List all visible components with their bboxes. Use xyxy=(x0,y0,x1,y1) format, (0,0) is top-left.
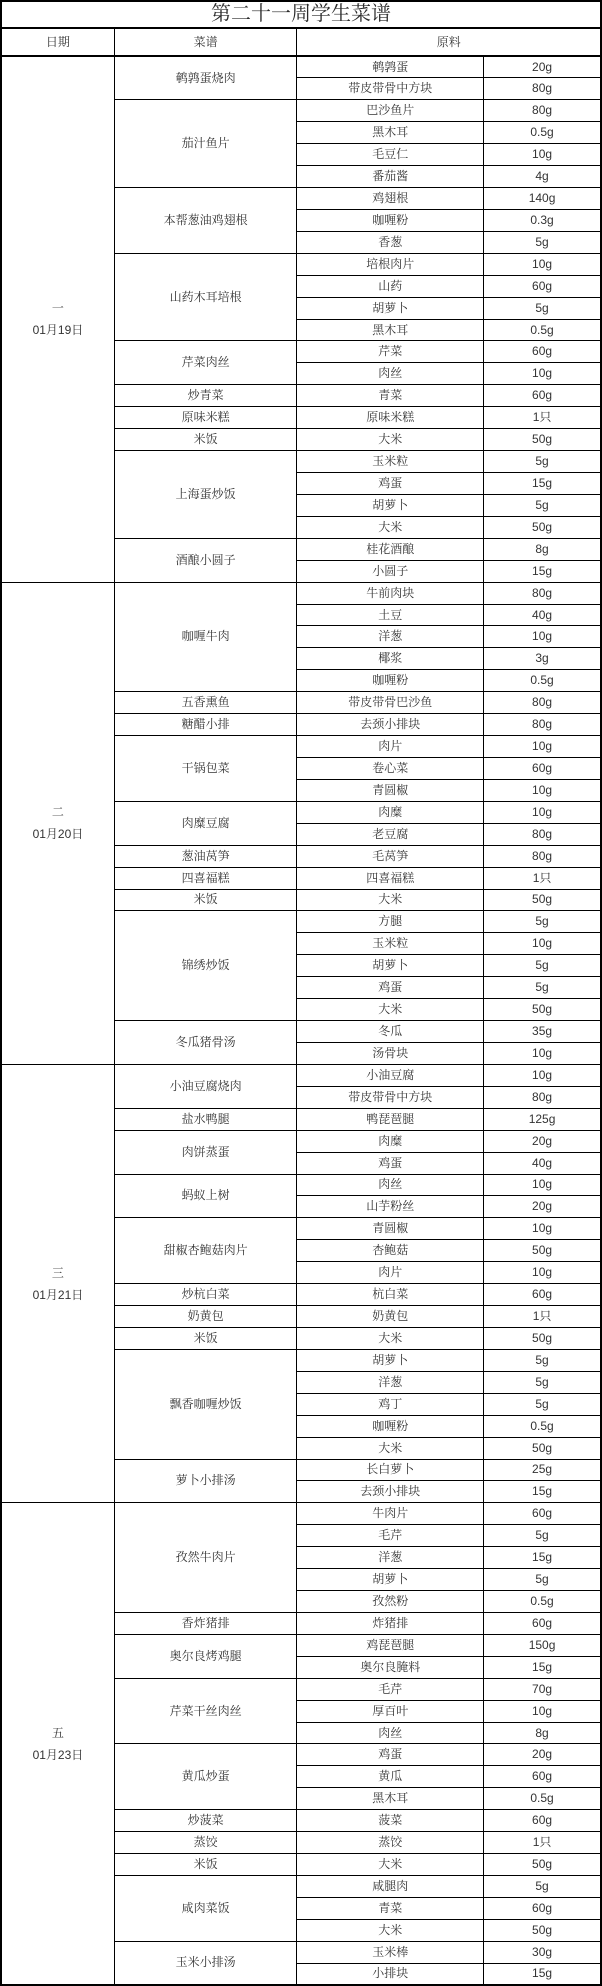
date-cell: 五01月23日 xyxy=(1,1503,114,1985)
ingredient-amount-cell: 1只 xyxy=(484,1832,601,1854)
ingredient-name-cell: 鹌鹑蛋 xyxy=(297,56,484,78)
ingredient-amount-cell: 60g xyxy=(484,275,601,297)
dish-name-cell: 上海蛋炒饭 xyxy=(114,451,297,539)
ingredient-name-cell: 大米 xyxy=(297,999,484,1021)
dish-name-cell: 香炸猪排 xyxy=(114,1612,297,1634)
ingredient-name-cell: 黄瓜 xyxy=(297,1766,484,1788)
ingredient-amount-cell: 5g xyxy=(484,911,601,933)
ingredient-amount-cell: 5g xyxy=(484,1876,601,1898)
ingredient-amount-cell: 40g xyxy=(484,604,601,626)
ingredient-amount-cell: 15g xyxy=(484,560,601,582)
ingredient-amount-cell: 10g xyxy=(484,363,601,385)
ingredient-name-cell: 大米 xyxy=(297,1327,484,1349)
ingredient-name-cell: 山药 xyxy=(297,275,484,297)
dish-name-cell: 本帮葱油鸡翅根 xyxy=(114,188,297,254)
ingredient-name-cell: 蒸饺 xyxy=(297,1832,484,1854)
dish-name-cell: 鹌鹑蛋烧肉 xyxy=(114,56,297,100)
ingredient-name-cell: 胡萝卜 xyxy=(297,1569,484,1591)
ingredient-amount-cell: 35g xyxy=(484,1021,601,1043)
ingredient-name-cell: 培根肉片 xyxy=(297,253,484,275)
ingredient-name-cell: 胡萝卜 xyxy=(297,494,484,516)
ingredient-name-cell: 青圆椒 xyxy=(297,779,484,801)
ingredient-amount-cell: 60g xyxy=(484,1897,601,1919)
ingredient-amount-cell: 140g xyxy=(484,188,601,210)
ingredient-amount-cell: 150g xyxy=(484,1634,601,1656)
ingredient-amount-cell: 15g xyxy=(484,1963,601,1985)
ingredient-name-cell: 洋葱 xyxy=(297,626,484,648)
ingredient-name-cell: 方腿 xyxy=(297,911,484,933)
ingredient-amount-cell: 80g xyxy=(484,100,601,122)
dish-name-cell: 玉米小排汤 xyxy=(114,1941,297,1985)
ingredient-name-cell: 冬瓜 xyxy=(297,1021,484,1043)
ingredient-amount-cell: 15g xyxy=(484,1547,601,1569)
ingredient-name-cell: 肉糜 xyxy=(297,1130,484,1152)
ingredient-amount-cell: 5g xyxy=(484,1525,601,1547)
ingredient-name-cell: 芹菜 xyxy=(297,341,484,363)
ingredient-amount-cell: 80g xyxy=(484,78,601,100)
dish-name-cell: 萝卜小排汤 xyxy=(114,1459,297,1503)
weekday-label: 一 xyxy=(2,297,114,319)
ingredient-name-cell: 洋葱 xyxy=(297,1547,484,1569)
ingredient-name-cell: 肉丝 xyxy=(297,363,484,385)
date-label: 01月21日 xyxy=(2,1284,114,1306)
ingredient-amount-cell: 3g xyxy=(484,648,601,670)
ingredient-amount-cell: 10g xyxy=(484,253,601,275)
ingredient-name-cell: 鸡蛋 xyxy=(297,473,484,495)
col-header-ingredient: 原料 xyxy=(297,28,601,56)
dish-name-cell: 糖醋小排 xyxy=(114,714,297,736)
ingredient-amount-cell: 0.5g xyxy=(484,670,601,692)
ingredient-name-cell: 原味米糕 xyxy=(297,407,484,429)
ingredient-amount-cell: 10g xyxy=(484,1218,601,1240)
ingredient-amount-cell: 5g xyxy=(484,494,601,516)
ingredient-amount-cell: 0.5g xyxy=(484,122,601,144)
ingredient-name-cell: 大米 xyxy=(297,889,484,911)
ingredient-amount-cell: 0.5g xyxy=(484,319,601,341)
ingredient-name-cell: 牛前肉块 xyxy=(297,582,484,604)
column-header-row: 日期 菜谱 原料 xyxy=(1,28,601,56)
ingredient-amount-cell: 60g xyxy=(484,1810,601,1832)
ingredient-amount-cell: 60g xyxy=(484,1766,601,1788)
dish-name-cell: 孜然牛肉片 xyxy=(114,1503,297,1613)
ingredient-amount-cell: 15g xyxy=(484,1481,601,1503)
ingredient-name-cell: 鸡琵琶腿 xyxy=(297,1634,484,1656)
ingredient-amount-cell: 5g xyxy=(484,231,601,253)
ingredient-name-cell: 卷心菜 xyxy=(297,758,484,780)
dish-name-cell: 冬瓜猪骨汤 xyxy=(114,1021,297,1065)
ingredient-name-cell: 长白萝卜 xyxy=(297,1459,484,1481)
ingredient-row: 三01月21日小油豆腐烧肉小油豆腐10g xyxy=(1,1064,601,1086)
ingredient-amount-cell: 10g xyxy=(484,736,601,758)
ingredient-name-cell: 毛莴笋 xyxy=(297,845,484,867)
ingredient-name-cell: 肉片 xyxy=(297,1262,484,1284)
dish-name-cell: 蚂蚁上树 xyxy=(114,1174,297,1218)
ingredient-name-cell: 咸腿肉 xyxy=(297,1876,484,1898)
ingredient-amount-cell: 1只 xyxy=(484,1306,601,1328)
ingredient-name-cell: 大米 xyxy=(297,516,484,538)
ingredient-name-cell: 胡萝卜 xyxy=(297,1349,484,1371)
ingredient-amount-cell: 4g xyxy=(484,166,601,188)
ingredient-amount-cell: 5g xyxy=(484,1569,601,1591)
ingredient-amount-cell: 0.5g xyxy=(484,1415,601,1437)
dish-name-cell: 原味米糕 xyxy=(114,407,297,429)
ingredient-name-cell: 鸡丁 xyxy=(297,1393,484,1415)
menu-body: 一01月19日鹌鹑蛋烧肉鹌鹑蛋20g带皮带骨中方块80g茄汁鱼片巴沙鱼片80g黑… xyxy=(1,56,601,1985)
ingredient-amount-cell: 70g xyxy=(484,1678,601,1700)
dish-name-cell: 山药木耳培根 xyxy=(114,253,297,341)
dish-name-cell: 炒杭白菜 xyxy=(114,1284,297,1306)
dish-name-cell: 葱油莴笋 xyxy=(114,845,297,867)
ingredient-name-cell: 孜然粉 xyxy=(297,1591,484,1613)
ingredient-amount-cell: 50g xyxy=(484,1854,601,1876)
ingredient-amount-cell: 50g xyxy=(484,429,601,451)
ingredient-name-cell: 厚百叶 xyxy=(297,1700,484,1722)
ingredient-name-cell: 鸡蛋 xyxy=(297,1152,484,1174)
dish-name-cell: 肉糜豆腐 xyxy=(114,801,297,845)
ingredient-amount-cell: 80g xyxy=(484,845,601,867)
ingredient-name-cell: 肉丝 xyxy=(297,1722,484,1744)
weekday-label: 五 xyxy=(2,1722,114,1744)
ingredient-amount-cell: 80g xyxy=(484,582,601,604)
ingredient-name-cell: 鸡蛋 xyxy=(297,1744,484,1766)
ingredient-name-cell: 肉丝 xyxy=(297,1174,484,1196)
ingredient-name-cell: 香葱 xyxy=(297,231,484,253)
date-cell: 三01月21日 xyxy=(1,1064,114,1502)
title-row: 第二十一周学生菜谱 xyxy=(1,1,601,28)
dish-name-cell: 芹菜干丝肉丝 xyxy=(114,1678,297,1744)
ingredient-name-cell: 毛豆仁 xyxy=(297,144,484,166)
ingredient-name-cell: 咖喱粉 xyxy=(297,209,484,231)
ingredient-name-cell: 咖喱粉 xyxy=(297,670,484,692)
ingredient-name-cell: 带皮带骨中方块 xyxy=(297,1086,484,1108)
ingredient-name-cell: 去颈小排块 xyxy=(297,1481,484,1503)
ingredient-amount-cell: 10g xyxy=(484,1700,601,1722)
ingredient-amount-cell: 1只 xyxy=(484,867,601,889)
date-label: 01月19日 xyxy=(2,319,114,341)
weekday-label: 二 xyxy=(2,801,114,823)
ingredient-amount-cell: 5g xyxy=(484,297,601,319)
ingredient-amount-cell: 60g xyxy=(484,385,601,407)
ingredient-amount-cell: 60g xyxy=(484,1503,601,1525)
ingredient-name-cell: 黑木耳 xyxy=(297,1788,484,1810)
ingredient-amount-cell: 15g xyxy=(484,1656,601,1678)
ingredient-amount-cell: 60g xyxy=(484,341,601,363)
ingredient-amount-cell: 10g xyxy=(484,1262,601,1284)
date-cell: 二01月20日 xyxy=(1,582,114,1064)
ingredient-name-cell: 土豆 xyxy=(297,604,484,626)
ingredient-amount-cell: 5g xyxy=(484,451,601,473)
ingredient-row: 二01月20日咖喱牛肉牛前肉块80g xyxy=(1,582,601,604)
ingredient-name-cell: 大米 xyxy=(297,1437,484,1459)
ingredient-amount-cell: 60g xyxy=(484,1612,601,1634)
ingredient-row: 五01月23日孜然牛肉片牛肉片60g xyxy=(1,1503,601,1525)
ingredient-name-cell: 奶黄包 xyxy=(297,1306,484,1328)
dish-name-cell: 蒸饺 xyxy=(114,1832,297,1854)
dish-name-cell: 米饭 xyxy=(114,1854,297,1876)
ingredient-amount-cell: 20g xyxy=(484,1130,601,1152)
ingredient-name-cell: 洋葱 xyxy=(297,1371,484,1393)
ingredient-amount-cell: 5g xyxy=(484,955,601,977)
ingredient-name-cell: 小圆子 xyxy=(297,560,484,582)
ingredient-name-cell: 胡萝卜 xyxy=(297,297,484,319)
ingredient-amount-cell: 50g xyxy=(484,1919,601,1941)
ingredient-name-cell: 玉米粒 xyxy=(297,933,484,955)
ingredient-amount-cell: 80g xyxy=(484,714,601,736)
ingredient-name-cell: 毛芹 xyxy=(297,1525,484,1547)
dish-name-cell: 芹菜肉丝 xyxy=(114,341,297,385)
ingredient-amount-cell: 5g xyxy=(484,1349,601,1371)
ingredient-amount-cell: 60g xyxy=(484,1284,601,1306)
page-title: 第二十一周学生菜谱 xyxy=(1,1,601,28)
ingredient-name-cell: 山芋粉丝 xyxy=(297,1196,484,1218)
ingredient-name-cell: 鸭琵琶腿 xyxy=(297,1108,484,1130)
ingredient-name-cell: 去颈小排块 xyxy=(297,714,484,736)
dish-name-cell: 咸肉菜饭 xyxy=(114,1876,297,1942)
ingredient-amount-cell: 50g xyxy=(484,999,601,1021)
ingredient-name-cell: 巴沙鱼片 xyxy=(297,100,484,122)
ingredient-name-cell: 鸡翅根 xyxy=(297,188,484,210)
ingredient-amount-cell: 80g xyxy=(484,692,601,714)
ingredient-amount-cell: 40g xyxy=(484,1152,601,1174)
ingredient-name-cell: 椰浆 xyxy=(297,648,484,670)
ingredient-amount-cell: 80g xyxy=(484,1086,601,1108)
ingredient-amount-cell: 10g xyxy=(484,1064,601,1086)
ingredient-amount-cell: 10g xyxy=(484,144,601,166)
ingredient-name-cell: 汤骨块 xyxy=(297,1042,484,1064)
ingredient-amount-cell: 5g xyxy=(484,977,601,999)
ingredient-amount-cell: 10g xyxy=(484,1042,601,1064)
ingredient-amount-cell: 10g xyxy=(484,1174,601,1196)
dish-name-cell: 炒菠菜 xyxy=(114,1810,297,1832)
ingredient-name-cell: 小油豆腐 xyxy=(297,1064,484,1086)
ingredient-amount-cell: 8g xyxy=(484,1722,601,1744)
ingredient-amount-cell: 5g xyxy=(484,1393,601,1415)
dish-name-cell: 甜椒杏鲍菇肉片 xyxy=(114,1218,297,1284)
ingredient-amount-cell: 50g xyxy=(484,1327,601,1349)
dish-name-cell: 肉饼蒸蛋 xyxy=(114,1130,297,1174)
ingredient-amount-cell: 60g xyxy=(484,758,601,780)
ingredient-name-cell: 老豆腐 xyxy=(297,823,484,845)
ingredient-name-cell: 肉糜 xyxy=(297,801,484,823)
col-header-menu: 菜谱 xyxy=(114,28,297,56)
ingredient-name-cell: 番茄酱 xyxy=(297,166,484,188)
ingredient-name-cell: 桂花酒酿 xyxy=(297,538,484,560)
ingredient-amount-cell: 5g xyxy=(484,1371,601,1393)
ingredient-name-cell: 杏鲍菇 xyxy=(297,1240,484,1262)
ingredient-row: 一01月19日鹌鹑蛋烧肉鹌鹑蛋20g xyxy=(1,56,601,78)
ingredient-name-cell: 菠菜 xyxy=(297,1810,484,1832)
ingredient-name-cell: 玉米棒 xyxy=(297,1941,484,1963)
dish-name-cell: 干锅包菜 xyxy=(114,736,297,802)
col-header-date: 日期 xyxy=(1,28,114,56)
dish-name-cell: 小油豆腐烧肉 xyxy=(114,1064,297,1108)
weekly-menu-table: 第二十一周学生菜谱 日期 菜谱 原料 一01月19日鹌鹑蛋烧肉鹌鹑蛋20g带皮带… xyxy=(0,0,602,1986)
ingredient-name-cell: 带皮带骨巴沙鱼 xyxy=(297,692,484,714)
ingredient-name-cell: 青菜 xyxy=(297,385,484,407)
ingredient-name-cell: 大米 xyxy=(297,1854,484,1876)
ingredient-amount-cell: 1只 xyxy=(484,407,601,429)
ingredient-amount-cell: 50g xyxy=(484,889,601,911)
date-label: 01月23日 xyxy=(2,1744,114,1766)
dish-name-cell: 茄汁鱼片 xyxy=(114,100,297,188)
dish-name-cell: 飘香咖喱炒饭 xyxy=(114,1349,297,1459)
dish-name-cell: 酒酿小圆子 xyxy=(114,538,297,582)
ingredient-amount-cell: 0.5g xyxy=(484,1591,601,1613)
ingredient-name-cell: 黑木耳 xyxy=(297,122,484,144)
dish-name-cell: 四喜福糕 xyxy=(114,867,297,889)
ingredient-name-cell: 毛芹 xyxy=(297,1678,484,1700)
ingredient-amount-cell: 20g xyxy=(484,1196,601,1218)
ingredient-name-cell: 青菜 xyxy=(297,1897,484,1919)
ingredient-name-cell: 带皮带骨中方块 xyxy=(297,78,484,100)
dish-name-cell: 锦绣炒饭 xyxy=(114,911,297,1021)
ingredient-amount-cell: 10g xyxy=(484,801,601,823)
dish-name-cell: 奥尔良烤鸡腿 xyxy=(114,1634,297,1678)
dish-name-cell: 黄瓜炒蛋 xyxy=(114,1744,297,1810)
dish-name-cell: 咖喱牛肉 xyxy=(114,582,297,692)
ingredient-name-cell: 黑木耳 xyxy=(297,319,484,341)
ingredient-amount-cell: 20g xyxy=(484,1744,601,1766)
ingredient-amount-cell: 8g xyxy=(484,538,601,560)
ingredient-name-cell: 青圆椒 xyxy=(297,1218,484,1240)
dish-name-cell: 米饭 xyxy=(114,1327,297,1349)
ingredient-amount-cell: 50g xyxy=(484,1240,601,1262)
date-label: 01月20日 xyxy=(2,823,114,845)
dish-name-cell: 米饭 xyxy=(114,429,297,451)
ingredient-amount-cell: 0.5g xyxy=(484,1788,601,1810)
ingredient-amount-cell: 80g xyxy=(484,823,601,845)
ingredient-name-cell: 四喜福糕 xyxy=(297,867,484,889)
ingredient-amount-cell: 50g xyxy=(484,1437,601,1459)
dish-name-cell: 奶黄包 xyxy=(114,1306,297,1328)
weekday-label: 三 xyxy=(2,1262,114,1284)
ingredient-name-cell: 大米 xyxy=(297,1919,484,1941)
ingredient-name-cell: 咖喱粉 xyxy=(297,1415,484,1437)
ingredient-amount-cell: 10g xyxy=(484,626,601,648)
dish-name-cell: 五香熏鱼 xyxy=(114,692,297,714)
ingredient-name-cell: 小排块 xyxy=(297,1963,484,1985)
dish-name-cell: 炒青菜 xyxy=(114,385,297,407)
ingredient-amount-cell: 10g xyxy=(484,779,601,801)
ingredient-name-cell: 肉片 xyxy=(297,736,484,758)
ingredient-name-cell: 玉米粒 xyxy=(297,451,484,473)
ingredient-amount-cell: 50g xyxy=(484,516,601,538)
ingredient-amount-cell: 25g xyxy=(484,1459,601,1481)
date-cell: 一01月19日 xyxy=(1,56,114,582)
dish-name-cell: 米饭 xyxy=(114,889,297,911)
ingredient-name-cell: 大米 xyxy=(297,429,484,451)
ingredient-name-cell: 鸡蛋 xyxy=(297,977,484,999)
ingredient-amount-cell: 10g xyxy=(484,933,601,955)
ingredient-name-cell: 奥尔良腌料 xyxy=(297,1656,484,1678)
ingredient-amount-cell: 20g xyxy=(484,56,601,78)
ingredient-name-cell: 炸猪排 xyxy=(297,1612,484,1634)
ingredient-amount-cell: 15g xyxy=(484,473,601,495)
ingredient-amount-cell: 125g xyxy=(484,1108,601,1130)
ingredient-amount-cell: 0.3g xyxy=(484,209,601,231)
ingredient-name-cell: 胡萝卜 xyxy=(297,955,484,977)
ingredient-amount-cell: 30g xyxy=(484,1941,601,1963)
ingredient-name-cell: 杭白菜 xyxy=(297,1284,484,1306)
dish-name-cell: 盐水鸭腿 xyxy=(114,1108,297,1130)
ingredient-name-cell: 牛肉片 xyxy=(297,1503,484,1525)
